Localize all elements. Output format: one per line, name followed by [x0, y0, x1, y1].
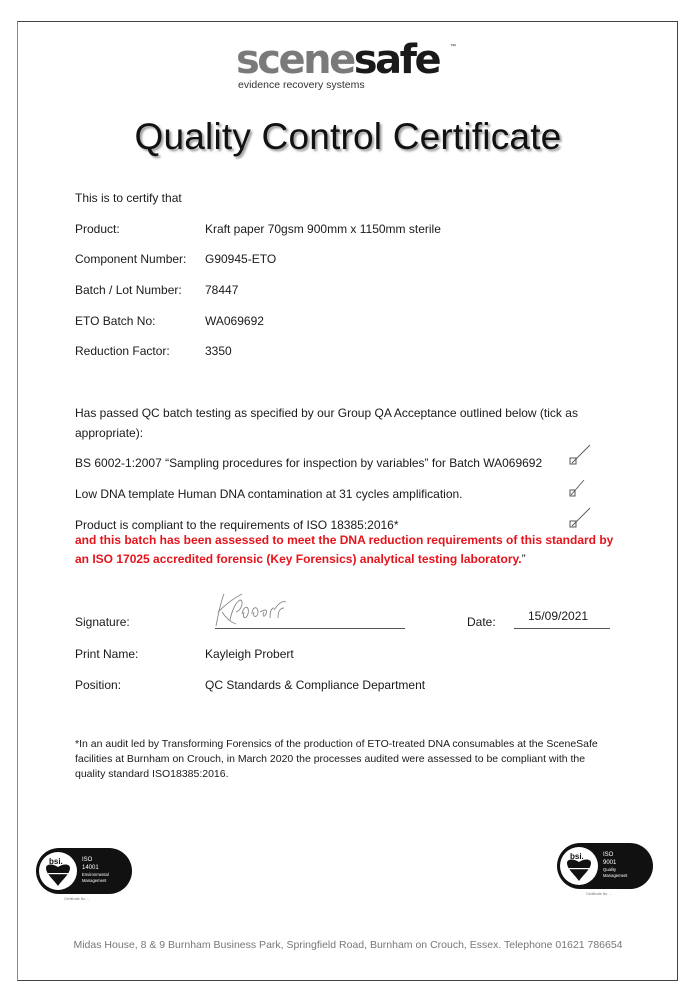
position-label: Position:: [75, 678, 121, 692]
red-statement-text: and this batch has been assessed to meet…: [75, 533, 613, 566]
trademark-symbol: ™: [450, 44, 456, 50]
closing-quote: ”: [522, 552, 526, 566]
logo-word-scene: scene: [236, 37, 354, 83]
audit-footnote: *In an audit led by Transforming Forensi…: [75, 737, 605, 782]
badge-certificate-number: Certificate No. ...: [586, 892, 612, 896]
company-address: Midas House, 8 & 9 Burnham Business Park…: [0, 939, 696, 951]
field-value-batch-lot: 78447: [205, 283, 238, 297]
field-label-reduction-factor: Reduction Factor:: [75, 344, 170, 358]
svg-text:Management: Management: [603, 873, 628, 878]
logo-tagline: evidence recovery systems: [238, 79, 365, 91]
svg-text:Environmental: Environmental: [82, 872, 109, 877]
svg-text:9001: 9001: [603, 860, 617, 866]
check-item-low-dna: Low DNA template Human DNA contamination…: [75, 487, 463, 501]
date-label: Date:: [467, 615, 496, 629]
checkbox-tick-icon: [566, 475, 592, 501]
badge-certificate-number: Certificate No. ...: [64, 897, 90, 901]
signature-label: Signature:: [75, 615, 130, 629]
date-line: [514, 628, 610, 629]
logo-wordmark: scenesafe: [236, 40, 466, 80]
field-value-product: Kraft paper 70gsm 900mm x 1150mm sterile: [205, 222, 441, 236]
svg-text:Quality: Quality: [603, 867, 617, 872]
position-value: QC Standards & Compliance Department: [205, 678, 425, 692]
page-title: Quality Control Certificate: [0, 116, 696, 158]
print-name-value: Kayleigh Probert: [205, 647, 294, 661]
qc-statement: Has passed QC batch testing as specified…: [75, 403, 620, 443]
field-value-reduction-factor: 3350: [205, 344, 232, 358]
print-name-label: Print Name:: [75, 647, 138, 661]
svg-text:14001: 14001: [82, 865, 99, 871]
bsi-iso14001-badge: bsi. ISO 14001 Environmental Management: [36, 848, 132, 894]
field-label-product: Product:: [75, 222, 120, 236]
check-item-bs6002: BS 6002-1:2007 “Sampling procedures for …: [75, 456, 542, 470]
handwritten-signature: [212, 590, 292, 630]
field-label-batch-lot: Batch / Lot Number:: [75, 283, 182, 297]
logo-word-safe: safe: [354, 37, 439, 83]
checkbox-tick-icon: [566, 442, 592, 468]
field-value-eto-batch: WA069692: [205, 314, 264, 328]
page-border: [17, 21, 678, 981]
check-item-iso18385: Product is compliant to the requirements…: [75, 518, 399, 532]
red-accreditation-statement: and this batch has been assessed to meet…: [75, 531, 620, 569]
field-label-eto-batch: ETO Batch No:: [75, 314, 155, 328]
signature-line: [215, 628, 405, 629]
field-value-component-number: G90945-ETO: [205, 252, 276, 266]
svg-text:Management: Management: [82, 878, 107, 883]
date-value: 15/09/2021: [528, 609, 588, 623]
scenesafe-logo: scenesafe ™ evidence recovery systems: [236, 40, 466, 96]
svg-text:ISO: ISO: [82, 857, 93, 863]
field-label-component-number: Component Number:: [75, 252, 186, 266]
svg-text:ISO: ISO: [603, 852, 614, 858]
bsi-iso9001-badge: bsi. ISO 9001 Quality Management: [557, 843, 653, 889]
checkbox-tick-icon: [566, 504, 592, 530]
intro-text: This is to certify that: [75, 191, 182, 205]
